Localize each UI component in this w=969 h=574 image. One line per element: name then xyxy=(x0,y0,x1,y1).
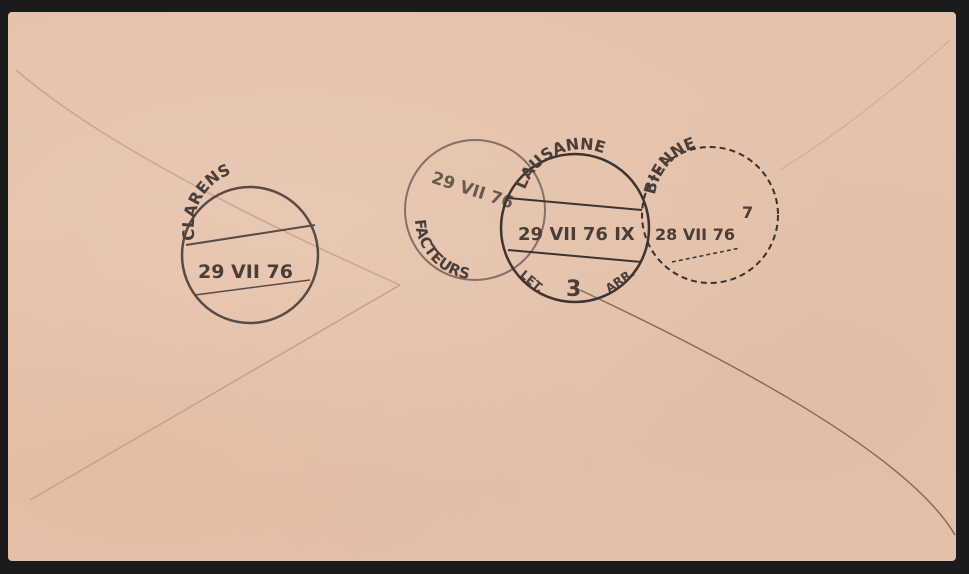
flap-fold-lower-left xyxy=(30,285,400,500)
postmark-date: 28 VII 76 xyxy=(655,225,735,244)
postmark-facteurs: 29 VII 76 FACTEURS xyxy=(405,140,545,283)
postmark-label-right: ARR. xyxy=(603,265,638,295)
postmark-label-left: LET. xyxy=(517,267,547,295)
flap-fold-upper-right xyxy=(780,40,950,170)
postmark-date: 29 VII 76 xyxy=(198,261,293,283)
svg-text:FACTEURS: FACTEURS xyxy=(411,218,472,283)
flap-fold-right xyxy=(580,290,955,535)
postmark-bienne: BIENNE 28 VII 76 7 xyxy=(640,133,778,283)
postmark-bottom-text: FACTEURS xyxy=(411,218,472,283)
postmark-time: 7 xyxy=(742,203,753,222)
postmark-town: BIENNE xyxy=(640,133,698,196)
svg-text:BIENNE: BIENNE xyxy=(640,133,698,196)
envelope-markings: CLARENS 29 VII 76 29 VII 76 FACTEURS LAU… xyxy=(0,0,969,574)
postmark-date: 29 VII 76 IX xyxy=(518,224,635,245)
postmark-date: 29 VII 76 xyxy=(429,168,516,213)
postmark-center-mark: 3 xyxy=(566,277,581,302)
postmark-clarens: CLARENS 29 VII 76 xyxy=(179,160,318,323)
